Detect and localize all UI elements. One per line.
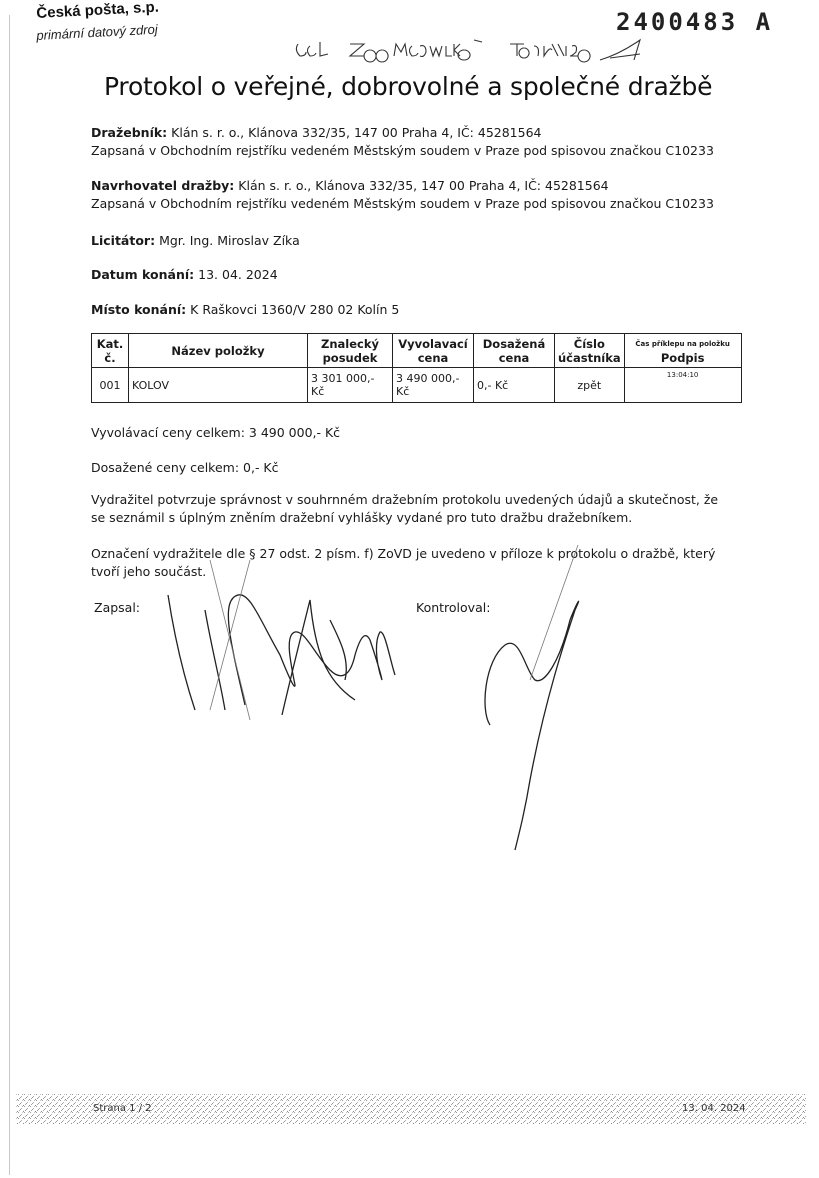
cell-cas: 13:04:10 [628,371,738,379]
cell-kat: 001 [92,368,129,403]
misto-label: Místo konání: [91,302,186,317]
header-dosazena: Dosažená cena [474,334,555,368]
cell-podpis: 13:04:10 [624,368,741,403]
header-nazev: Název položky [129,334,308,368]
datum-value: 13. 04. 2024 [198,267,278,282]
signature-kontroloval [470,500,600,860]
footer-date: 13. 04. 2024 [682,1103,746,1114]
cell-vyvolavaci: 3 490 000,- Kč [393,368,474,403]
header-kat: Kat. č. [92,334,129,368]
paragraph-1-line-1: Vydražitel potvrzuje správnost v souhrnn… [91,490,718,509]
header-podpis: Čas příklepu na položku Podpis [624,334,741,368]
drazebnik-registry: Zapsaná v Obchodním rejstříku vedeném Mě… [91,141,714,160]
signature-zapsal [150,560,430,730]
misto-line: Místo konání: K Raškovci 1360/V 280 02 K… [91,300,399,319]
cell-cislo: zpět [555,368,625,403]
header-cislo: Číslo účastníka [555,334,625,368]
datum-line: Datum konání: 13. 04. 2024 [91,265,278,284]
footer-page-number: Strana 1 / 2 [93,1103,152,1114]
navrhovatel-line: Navrhovatel dražby: Klán s. r. o., Kláno… [91,176,609,195]
stamp-subtitle: primární datový zdroj [36,22,158,43]
page-title: Protokol o veřejné, dobrovolné a společn… [104,72,712,101]
drazebnik-label: Dražebník: [91,125,167,140]
header-vyvolavaci: Vyvolavací cena [393,334,474,368]
total-dosazene: Dosažené ceny celkem: 0,- Kč [91,458,279,477]
items-table: Kat. č. Název položky Znalecký posudek V… [91,333,742,403]
licitator-line: Licitátor: Mgr. Ing. Miroslav Zíka [91,231,300,250]
drazebnik-value: Klán s. r. o., Klánova 332/35, 147 00 Pr… [171,125,541,140]
cell-znalecky: 3 301 000,- Kč [308,368,393,403]
navrhovatel-value: Klán s. r. o., Klánova 332/35, 147 00 Pr… [238,178,608,193]
zapsal-label: Zapsal: [94,598,140,617]
navrhovatel-registry: Zapsaná v Obchodním rejstříku vedeném Mě… [91,194,714,213]
handwritten-note [290,30,680,70]
scan-margin-line [9,15,10,1175]
drazebnik-line: Dražebník: Klán s. r. o., Klánova 332/35… [91,123,542,142]
stamp-title: Česká pošta, s.p. [36,0,159,22]
navrhovatel-label: Navrhovatel dražby: [91,178,234,193]
cell-dosazena: 0,- Kč [474,368,555,403]
licitator-label: Licitátor: [91,233,155,248]
cell-nazev: KOLOV [129,368,308,403]
misto-value: K Raškovci 1360/V 280 02 Kolín 5 [190,302,399,317]
table-row: 001 KOLOV 3 301 000,- Kč 3 490 000,- Kč … [92,368,742,403]
total-vyvolavaci: Vyvolávací ceny celkem: 3 490 000,- Kč [91,423,340,442]
licitator-value: Mgr. Ing. Miroslav Zíka [159,233,300,248]
header-znalecky: Znalecký posudek [308,334,393,368]
table-header-row: Kat. č. Název položky Znalecký posudek V… [92,334,742,368]
datum-label: Datum konání: [91,267,194,282]
